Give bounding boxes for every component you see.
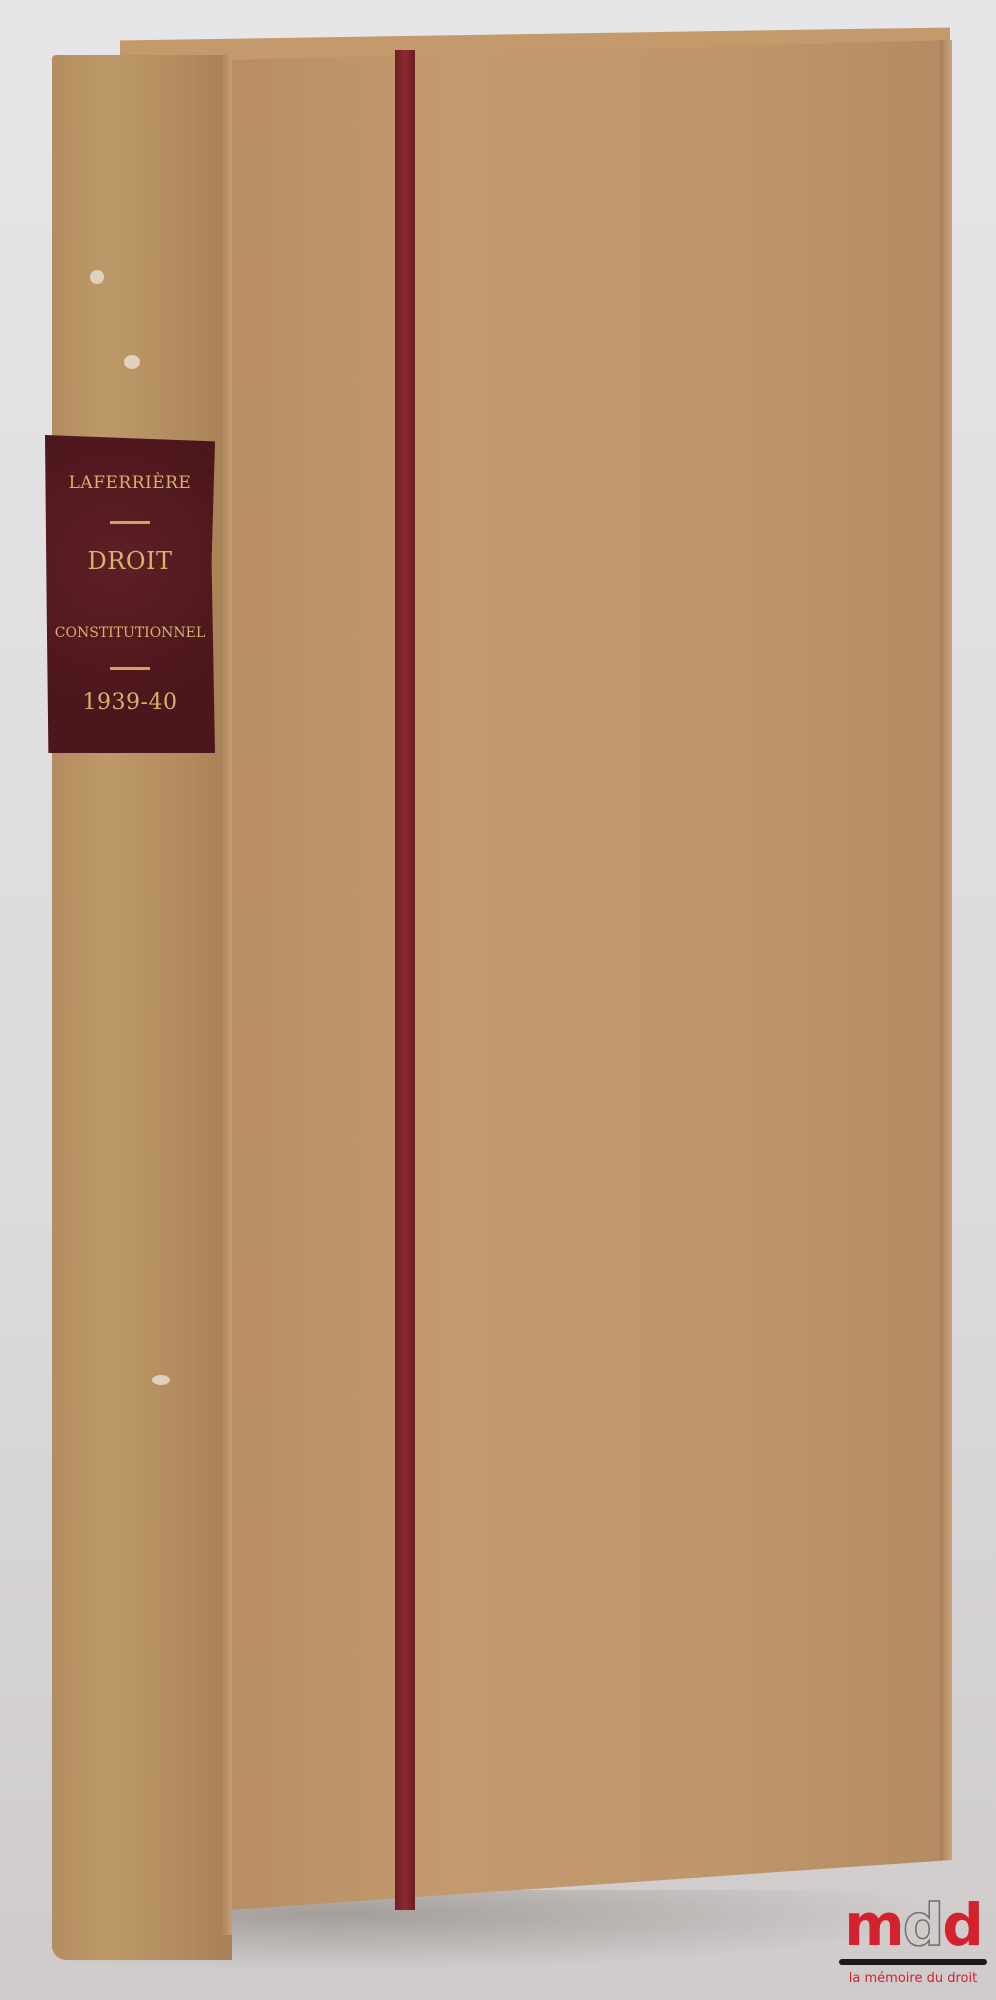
label-title-line-1: DROIT [45,547,215,575]
spine-stain [124,355,140,369]
logo-tagline: la mémoire du droit [838,1971,988,1986]
logo-letter-d: d [942,1891,982,1959]
label-year: 1939-40 [45,690,215,715]
label-title-line-2: CONSTITUTIONNEL [45,625,215,641]
logo-letter-d-outline: d [903,1891,943,1959]
gilt-ornament [110,521,150,524]
logo-letter-m: m [844,1891,902,1959]
front-board-edge [940,40,952,1860]
front-board [230,40,952,1910]
gilt-ornament [110,667,150,670]
label-author: LAFERRIÈRE [45,473,215,493]
spine-label: LAFERRIÈRE DROIT CONSTITUTIONNEL 1939-40 [45,435,215,753]
book-photo: LAFERRIÈRE DROIT CONSTITUTIONNEL 1939-40… [0,0,996,2000]
spine-hinge [220,55,232,1935]
leather-strip [395,50,415,1910]
spine-stain [152,1375,170,1385]
mdd-logo: mdd la mémoire du droit [838,1895,988,1995]
logo-mark: mdd [838,1895,988,1955]
spine-stain [90,270,104,284]
logo-bar [839,1959,987,1965]
book-spine [52,55,232,1960]
